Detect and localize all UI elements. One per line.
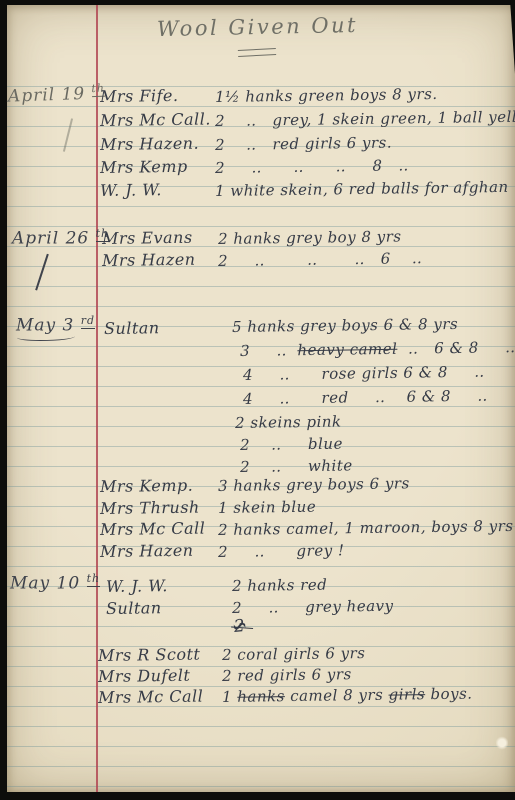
entry-detail: 2 ‥ ‥ ‥ 8 ‥ — [215, 156, 409, 177]
entry-detail: 1 skein blue — [218, 498, 316, 517]
entry-detail: 2 coral girls 6 yrs — [222, 644, 366, 664]
entry-name: Mrs Kemp — [100, 157, 188, 177]
entry-detail: 2 ‥ ‥ ‥ 6 ‥ — [218, 249, 423, 270]
detail-segment: 3 ‥ — [240, 341, 298, 360]
ledger-date: April 26 th — [12, 228, 109, 249]
entry-detail: 3 ‥ heavy camel ‥ 6 & 8 ‥ — [240, 338, 515, 360]
entry-name: Mrs Hazen — [100, 541, 194, 561]
entry-name: Mrs Mc Call — [100, 519, 206, 539]
entry-name: W. J. W. — [106, 576, 168, 596]
ledger-date: April 19 th — [8, 83, 106, 107]
date-main: April 19 — [8, 84, 86, 107]
entry-detail: 4 ‥ red ‥ 6 & 8 ‥ — [243, 387, 488, 408]
entry-name: W. J. W. — [100, 180, 162, 200]
paper-damage-spot — [496, 736, 508, 750]
detail-segment: ‥ 6 & 8 ‥ — [397, 338, 515, 358]
entry-name: Mrs Mc Call. — [100, 109, 211, 130]
detail-segment: 1 — [222, 688, 238, 706]
entry-detail: 4 ‥ rose girls 6 & 8 ‥ — [243, 363, 485, 384]
entry-name: Mrs Hazen — [102, 250, 196, 270]
entry-name: Mrs Evans — [102, 228, 193, 248]
entry-detail: 2 ‥ red girls 6 yrs. — [215, 134, 392, 154]
detail-segment: camel 8 yrs — [285, 686, 389, 705]
entry-name: Mrs Fife. — [100, 86, 179, 106]
entry-name: Mrs Dufelt — [98, 666, 191, 686]
entry-detail: 1½ hanks green boys 8 yrs. — [215, 85, 438, 106]
detail-segment: boys. — [425, 685, 473, 704]
date-main: May 10 — [10, 574, 80, 594]
entry-detail: 3 hanks grey boys 6 yrs — [218, 474, 410, 495]
entry-detail: 2 red girls 6 yrs — [222, 665, 352, 685]
struck-text: hanks — [237, 687, 285, 706]
entry-name: Mrs Thrush — [100, 498, 200, 518]
entry-name: Sultan — [106, 598, 162, 618]
entry-detail: 1 hanks camel 8 yrs girls boys. — [222, 685, 473, 706]
entry-name: Mrs R Scott — [98, 645, 201, 665]
struck-text: heavy camel — [297, 340, 397, 359]
date-suffix: th — [87, 572, 101, 587]
entry-name: Mrs Hazen. — [100, 134, 199, 154]
entry-detail: 2 hanks grey boy 8 yrs — [218, 227, 402, 248]
entry-detail: 5 hanks grey boys 6 & 8 yrs — [232, 315, 458, 336]
date-suffix: rd — [81, 314, 95, 329]
entry-detail: 2 ‥ blue — [240, 435, 343, 454]
date-main: April 26 — [12, 229, 89, 249]
entry-detail: 2 hanks red — [232, 576, 328, 595]
scratched-out-entry: 2 — [233, 616, 246, 637]
entry-name: Mrs Mc Call — [98, 687, 204, 707]
entry-detail: 2 ‥ grey heavy — [232, 597, 394, 617]
entry-detail: 2 ‥ white — [240, 456, 353, 476]
ledger-date: May 10 th — [10, 573, 100, 594]
entry-detail: 2 ‥ grey ! — [218, 541, 345, 561]
entry-detail: 2 skeins pink — [235, 413, 342, 432]
entry-name: Sultan — [104, 318, 160, 338]
struck-text: girls — [388, 685, 425, 704]
entry-name: Mrs Kemp. — [100, 476, 194, 496]
